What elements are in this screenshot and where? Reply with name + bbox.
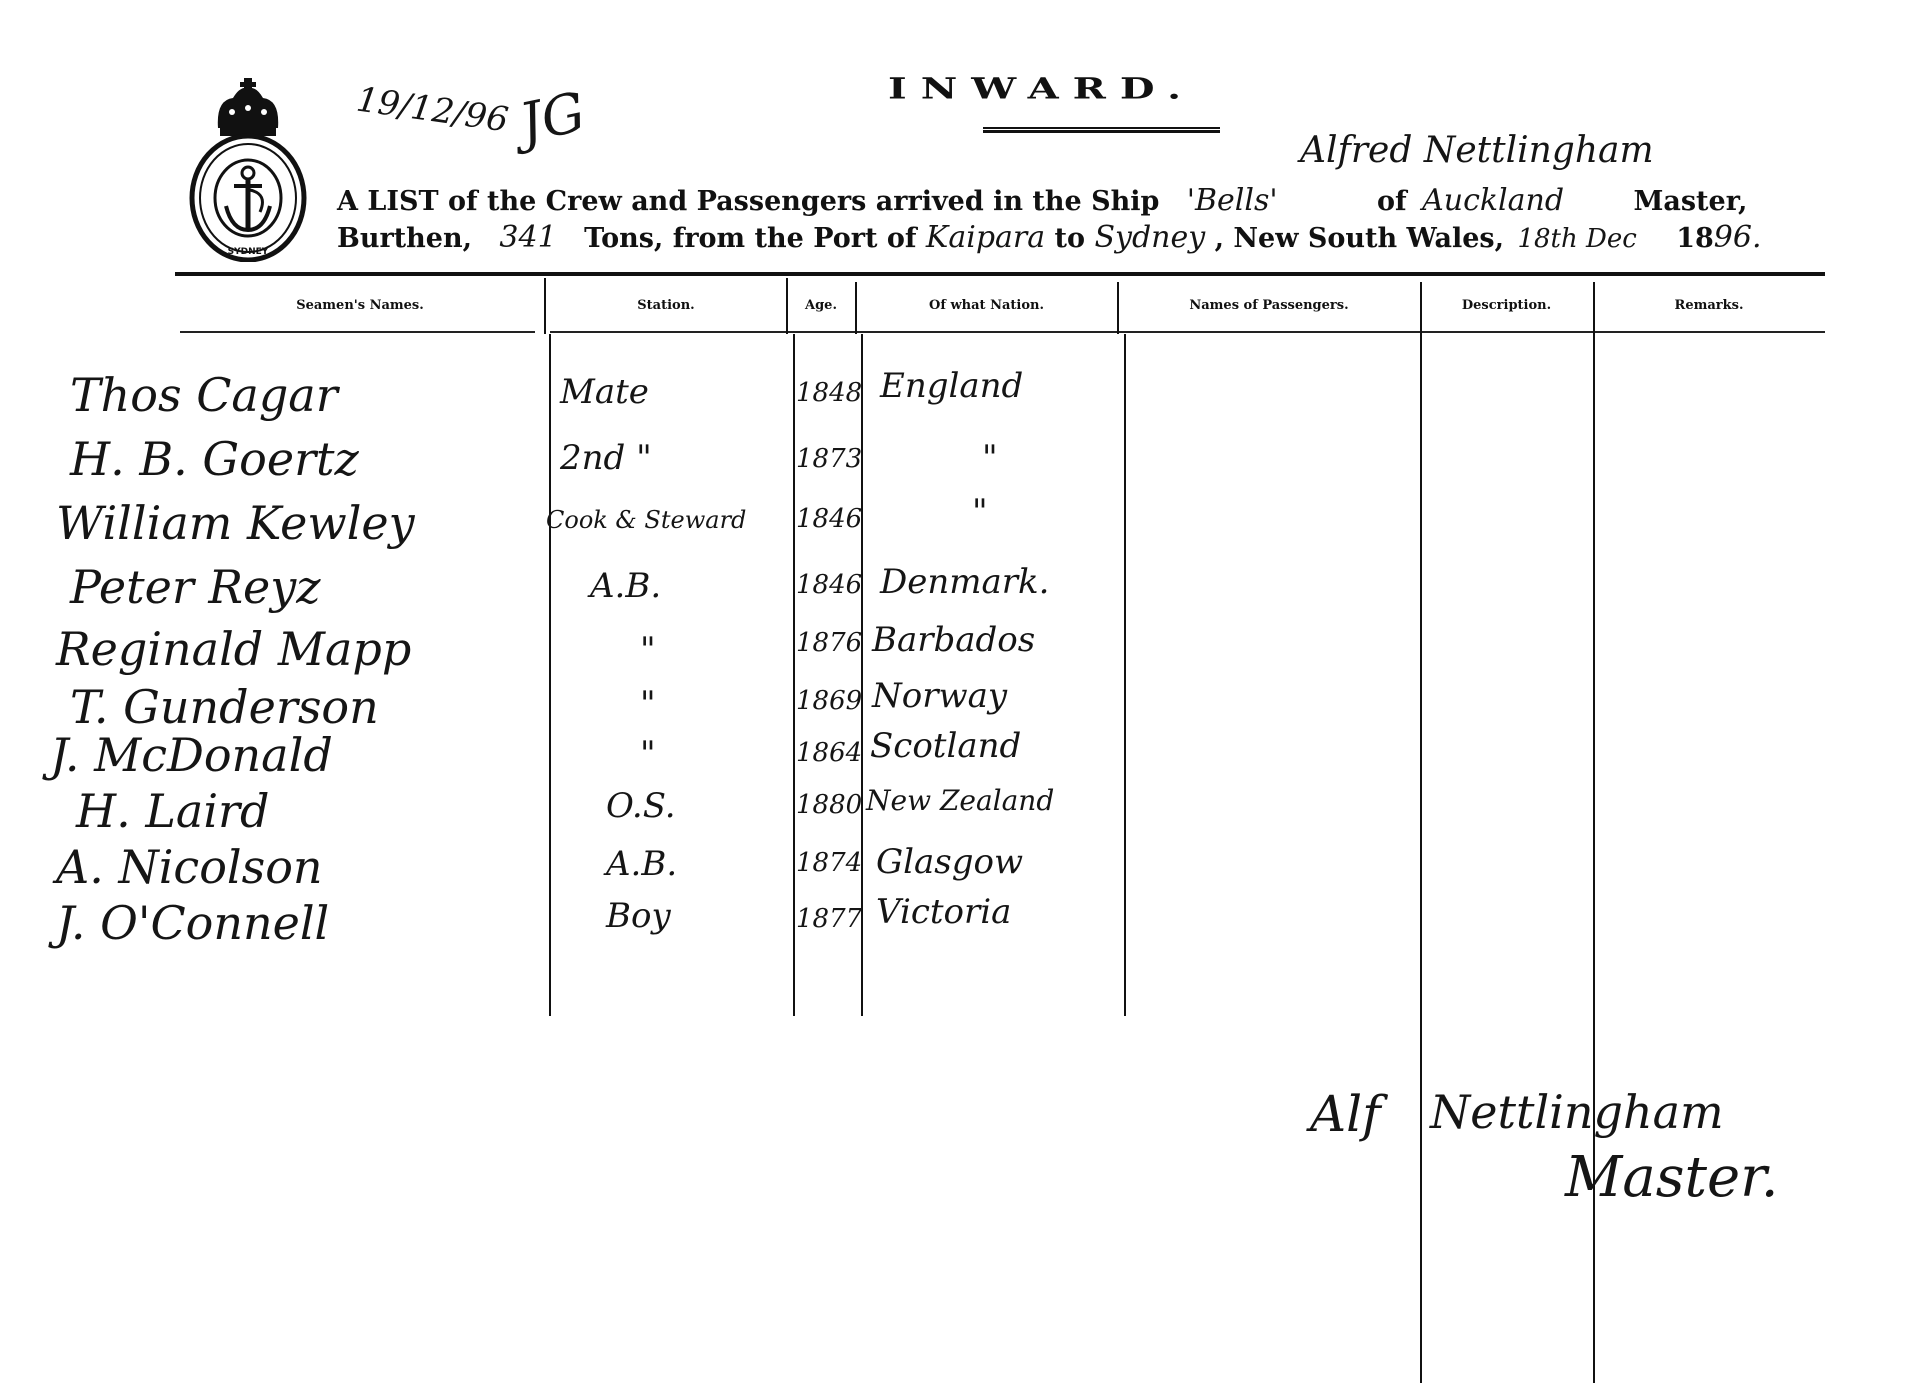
form-line-voyage: Burthen, 341 Tons, from the Port of Kaip… — [337, 220, 1761, 255]
seaman-name: Thos Cagar — [70, 368, 338, 422]
seaman-nation: Scotland — [870, 726, 1021, 766]
seaman-nation: Norway — [872, 676, 1007, 716]
signature-first-name: Alf — [1310, 1085, 1381, 1143]
seaman-nation: " — [972, 492, 988, 532]
seaman-station: O.S. — [606, 786, 676, 826]
arrival-date-field: 18th Dec — [1517, 224, 1636, 254]
seaman-name: H. Laird — [76, 784, 269, 838]
column-divider — [793, 334, 795, 1016]
column-header-remarks: Remarks. — [1593, 283, 1825, 327]
master-name-handwritten: Alfred Nettlingham — [1300, 130, 1654, 171]
seaman-age: 1846 — [796, 504, 862, 534]
seaman-station: Cook & Steward — [546, 506, 746, 534]
from-port-field: Kaipara — [926, 220, 1045, 255]
seaman-station: A.B. — [590, 566, 661, 606]
column-header-nation: Of what Nation. — [855, 283, 1118, 327]
seaman-age: 1846 — [796, 570, 862, 600]
seaman-nation: Glasgow — [876, 842, 1023, 882]
table-top-rule — [175, 272, 1825, 276]
seaman-age: 1864 — [796, 738, 862, 768]
registry-port-field: Auckland — [1422, 183, 1564, 218]
seaman-station: " — [640, 630, 656, 670]
column-header-age: Age. — [787, 283, 855, 327]
seaman-name: William Kewley — [56, 496, 415, 550]
title-underline — [983, 127, 1220, 133]
signature-role: Master. — [1565, 1145, 1779, 1210]
description-column — [1422, 336, 1591, 1376]
seaman-nation: Barbados — [872, 620, 1035, 660]
seaman-nation: England — [880, 366, 1023, 406]
to-label: to — [1055, 223, 1085, 254]
header-underline — [550, 331, 1825, 333]
passenger-names-column — [1126, 336, 1418, 1016]
seaman-station: Boy — [606, 896, 671, 936]
burthen-label: Burthen, — [337, 223, 472, 254]
seaman-nation: Victoria — [876, 892, 1011, 932]
seaman-age: 1874 — [796, 848, 862, 878]
column-divider — [544, 278, 546, 334]
column-divider — [786, 278, 788, 334]
column-divider — [549, 334, 551, 1016]
seaman-station: A.B. — [606, 844, 677, 884]
seaman-name: J. McDonald — [50, 728, 333, 782]
seaman-nation: " — [982, 438, 998, 478]
ship-name-field: 'Bells' — [1187, 183, 1278, 218]
seaman-station: " — [640, 684, 656, 724]
seaman-name: T. Gunderson — [70, 680, 379, 734]
seaman-name: J. O'Connell — [56, 896, 329, 950]
seaman-nation: Denmark. — [880, 562, 1049, 602]
received-date-annotation: 19/12/96 — [354, 80, 511, 141]
seaman-age: 1869 — [796, 686, 862, 716]
list-intro-text: A LIST of the Crew and Passengers arrive… — [337, 186, 1159, 217]
seaman-name: Peter Reyz — [70, 560, 321, 614]
signature-surname: Nettlingham — [1430, 1085, 1724, 1139]
column-divider — [855, 282, 857, 334]
of-label: of — [1377, 186, 1407, 217]
seaman-name: Reginald Mapp — [56, 622, 411, 676]
column-header-station: Station. — [545, 283, 787, 327]
seaman-age: 1873 — [796, 444, 862, 474]
form-title: INWARD. — [888, 72, 1195, 106]
column-header-passenger-names: Names of Passengers. — [1118, 283, 1420, 327]
seaman-station: " — [640, 734, 656, 774]
seaman-station: Mate — [560, 372, 649, 412]
svg-text:SYDNEY: SYDNEY — [228, 247, 269, 257]
seaman-age: 1880 — [796, 790, 862, 820]
column-header-description: Description. — [1420, 283, 1593, 327]
shipping-masters-crest-icon: SYDNEY — [188, 78, 308, 262]
column-header-seamen-names: Seamen's Names. — [175, 283, 545, 327]
seaman-age: 1848 — [796, 378, 862, 408]
seaman-nation: New Zealand — [866, 784, 1054, 817]
header-underline — [180, 331, 535, 333]
seaman-age: 1877 — [796, 904, 862, 934]
tons-from-port-label: Tons, from the Port of — [584, 223, 916, 254]
seaman-name: A. Nicolson — [56, 840, 323, 894]
seaman-age: 1876 — [796, 628, 862, 658]
column-divider — [1117, 282, 1119, 334]
seaman-name: H. B. Goertz — [70, 432, 359, 486]
seaman-station: 2nd " — [560, 438, 652, 478]
form-line-ship: A LIST of the Crew and Passengers arrive… — [337, 183, 1747, 218]
tons-field: 341 — [499, 220, 556, 255]
state-label: , New South Wales, — [1215, 223, 1504, 254]
official-initials-annotation: JG — [514, 80, 590, 155]
to-port-field: Sydney — [1094, 220, 1205, 255]
remarks-column — [1595, 336, 1825, 1376]
master-label: Master, — [1633, 186, 1747, 217]
year-prefix: 18 — [1676, 223, 1714, 254]
year-suffix-field: 96. — [1714, 220, 1762, 255]
